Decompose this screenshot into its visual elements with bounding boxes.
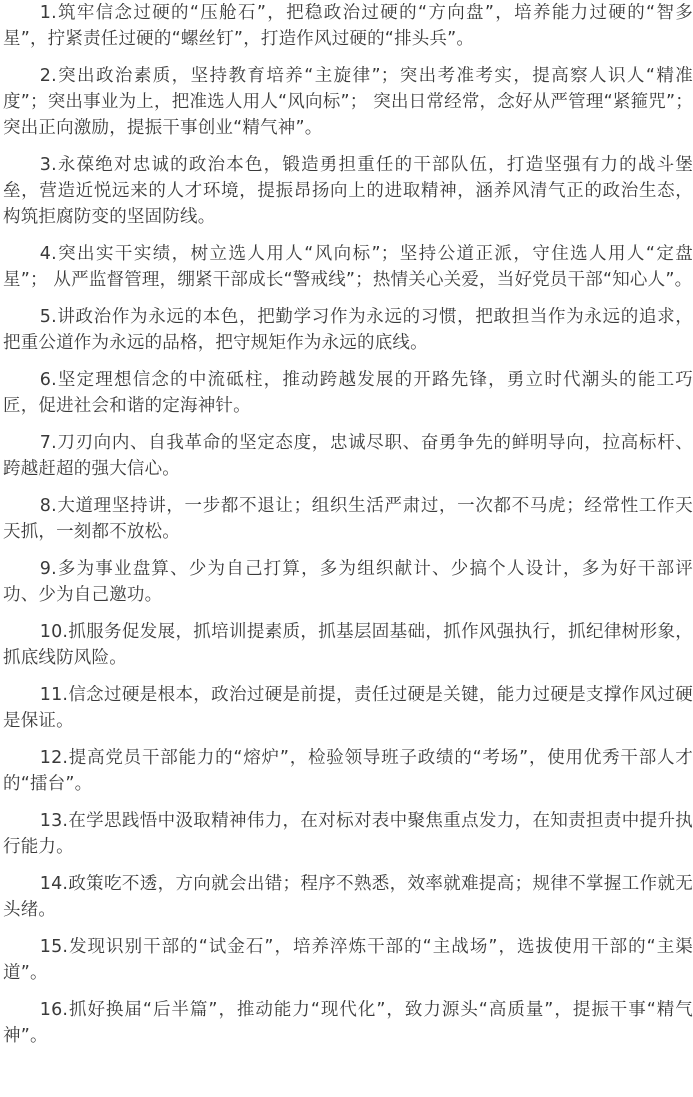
paragraph-14: 14.政策吃不透，方向就会出错；程序不熟悉，效率就难提高；规律不掌握工作就无头绪… <box>3 871 693 923</box>
paragraph-9: 9.多为事业盘算、少为自己打算，多为组织献计、少搞个人设计，多为好干部评功、少为… <box>3 556 693 608</box>
paragraph-5: 5.讲政治作为永远的本色，把勤学习作为永远的习惯，把敢担当作为永远的追求，把重公… <box>3 304 693 356</box>
paragraph-7: 7.刀刃向内、自我革命的坚定态度，忠诚尽职、奋勇争先的鲜明导向，拉高标杆、跨越赶… <box>3 430 693 482</box>
paragraph-2: 2.突出政治素质，坚持教育培养“主旋律”；突出考准考实，提高察人识人“精准度”；… <box>3 63 693 141</box>
paragraph-3: 3.永葆绝对忠诚的政治本色，锻造勇担重任的干部队伍，打造坚强有力的战斗堡垒，营造… <box>3 152 693 230</box>
paragraph-16: 16.抓好换届“后半篇”，推动能力“现代化”，致力源头“高质量”，提振干事“精气… <box>3 997 693 1049</box>
paragraph-8: 8.大道理坚持讲，一步都不退让；组织生活严肃过，一次都不马虎；经常性工作天天抓，… <box>3 493 693 545</box>
paragraph-15: 15.发现识别干部的“试金石”，培养淬炼干部的“主战场”，选拔使用干部的“主渠道… <box>3 934 693 986</box>
paragraph-6: 6.坚定理想信念的中流砥柱，推动跨越发展的开路先锋，勇立时代潮头的能工巧匠，促进… <box>3 367 693 419</box>
paragraph-10: 10.抓服务促发展，抓培训提素质，抓基层固基础，抓作风强执行，抓纪律树形象，抓底… <box>3 619 693 671</box>
document-body: 1.筑牢信念过硬的“压舱石”，把稳政治过硬的“方向盘”，培养能力过硬的“智多星”… <box>0 0 693 1049</box>
paragraph-11: 11.信念过硬是根本，政治过硬是前提，责任过硬是关键，能力过硬是支撑作风过硬是保… <box>3 682 693 734</box>
paragraph-1: 1.筑牢信念过硬的“压舱石”，把稳政治过硬的“方向盘”，培养能力过硬的“智多星”… <box>3 0 693 52</box>
paragraph-13: 13.在学思践悟中汲取精神伟力，在对标对表中聚焦重点发力，在知责担责中提升执行能… <box>3 808 693 860</box>
paragraph-12: 12.提高党员干部能力的“熔炉”，检验领导班子政绩的“考场”，使用优秀干部人才的… <box>3 745 693 797</box>
paragraph-4: 4.突出实干实绩，树立选人用人“风向标”；坚持公道正派，守住选人用人“定盘星”；… <box>3 241 693 293</box>
